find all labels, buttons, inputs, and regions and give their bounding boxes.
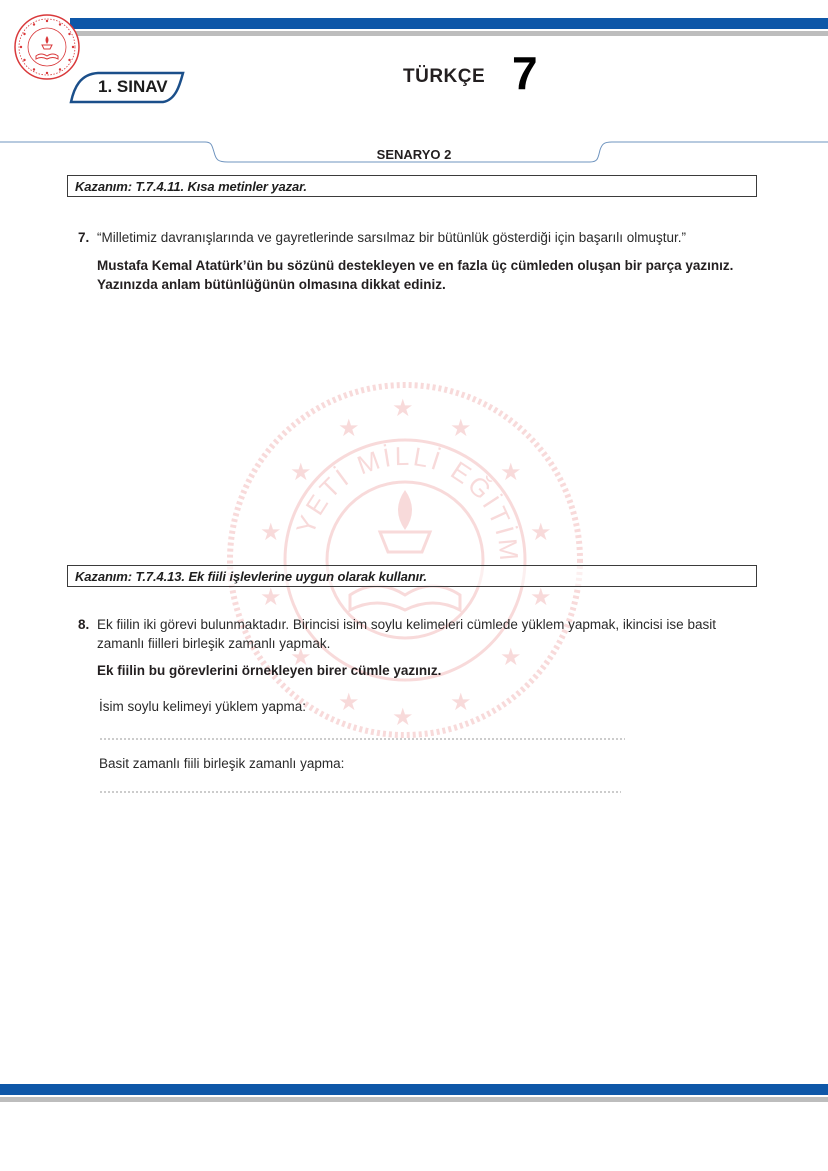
svg-text:★: ★ xyxy=(450,689,472,716)
header-band-blue xyxy=(70,18,828,29)
question-7-answer-area[interactable] xyxy=(97,300,757,555)
question-8-text-line2: zamanlı fiilleri birleşik zamanlı yapmak… xyxy=(97,635,330,653)
kazanim-box-1: Kazanım: T.7.4.11. Kısa metinler yazar. xyxy=(67,175,757,197)
header-band-gray xyxy=(74,31,828,36)
question-7-instruction-line1: Mustafa Kemal Atatürk’ün bu sözünü deste… xyxy=(97,256,733,275)
kazanim-text-2: Kazanım: T.7.4.13. Ek fiili işlevlerine … xyxy=(75,569,427,584)
grade-number: 7 xyxy=(512,50,538,96)
svg-text:★: ★ xyxy=(338,689,360,716)
answer-line-1[interactable] xyxy=(99,738,625,740)
scenario-title: SENARYO 2 xyxy=(0,147,828,162)
question-8-number: 8. xyxy=(78,617,89,632)
svg-text:★: ★ xyxy=(500,644,522,671)
svg-text:★: ★ xyxy=(392,704,414,731)
question-7-quote: “Milletimiz davranışlarında ve gayretler… xyxy=(97,229,686,247)
question-8-instruction: Ek fiilin bu görevlerini örnekleyen bire… xyxy=(97,661,441,680)
question-8-text-line1: Ek fiilin iki görevi bulunmaktadır. Biri… xyxy=(97,616,716,634)
question-7-number: 7. xyxy=(78,230,89,245)
kazanim-text-1: Kazanım: T.7.4.11. Kısa metinler yazar. xyxy=(75,179,307,194)
exam-label: 1. SINAV xyxy=(98,77,168,97)
answer-line-2[interactable] xyxy=(99,791,621,793)
svg-text:★: ★ xyxy=(530,584,552,611)
answer-label-2: Basit zamanlı fiili birleşik zamanlı yap… xyxy=(99,755,344,773)
question-7-instruction-line2: Yazınızda anlam bütünlüğünün olmasına di… xyxy=(97,275,446,294)
kazanim-box-2: Kazanım: T.7.4.13. Ek fiili işlevlerine … xyxy=(67,565,757,587)
subject-title: TÜRKÇE xyxy=(403,66,485,88)
answer-label-1: İsim soylu kelimeyi yüklem yapma: xyxy=(99,698,306,716)
footer-band-gray xyxy=(0,1097,828,1102)
svg-text:★: ★ xyxy=(260,584,282,611)
footer-band-blue xyxy=(0,1084,828,1095)
